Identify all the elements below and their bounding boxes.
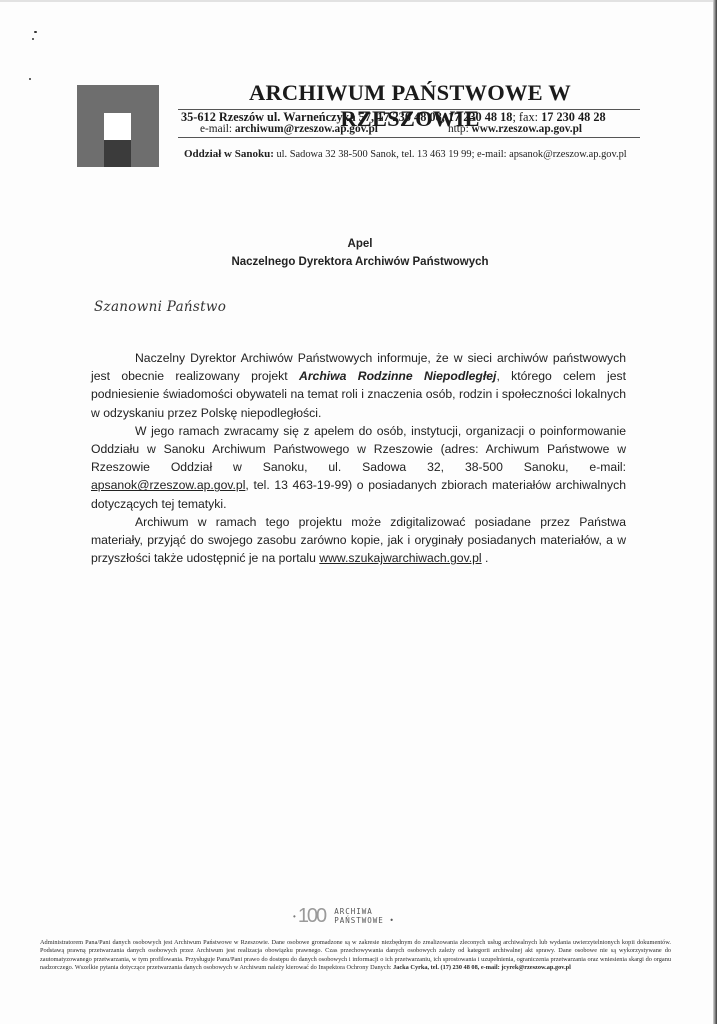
branch-label: Oddział w Sanoku: xyxy=(184,148,274,160)
logo-door xyxy=(104,140,131,167)
centenary-line-1: ARCHIWA xyxy=(334,907,395,916)
gdpr-notice: Administratorem Pana/Pani danych osobowy… xyxy=(40,939,671,972)
project-name: Archiwa Rodzinne Niepodległej xyxy=(299,369,496,383)
scan-speck xyxy=(29,78,31,80)
fax-number: 17 230 48 28 xyxy=(541,110,606,124)
header-divider xyxy=(178,137,640,138)
centenary-words: ARCHIWA PAŃSTWOWE • xyxy=(334,907,395,925)
website-block: http: www.rzeszow.ap.gov.pl xyxy=(448,123,582,135)
p3-text-end: . xyxy=(482,551,489,565)
paragraph-1: Naczelny Dyrektor Archiwów Państwowych i… xyxy=(91,349,626,422)
salutation: Szanowni Państwo xyxy=(94,299,226,315)
appeal-subtitle: Naczelnego Dyrektora Archiwów Państwowyc… xyxy=(180,256,540,268)
branch-line: Oddział w Sanoku: ul. Sadowa 32 38-500 S… xyxy=(184,148,627,160)
fax-label: ; fax: xyxy=(512,110,541,124)
email-label: e-mail: xyxy=(200,123,235,135)
logo-window xyxy=(104,113,131,140)
dot-icon: • xyxy=(293,912,296,921)
website-url: www.rzeszow.ap.gov.pl xyxy=(472,123,582,135)
scan-speck xyxy=(34,31,37,33)
gdpr-contact: Jacka Cyrka, tel. (17) 230 48 08, e-mail… xyxy=(393,964,571,971)
paragraph-2: W jego ramach zwracamy się z apelem do o… xyxy=(91,422,626,513)
scan-edge-right xyxy=(713,0,717,1024)
scan-edge-top xyxy=(0,0,717,2)
centenary-number: 100 xyxy=(298,905,325,928)
scan-speck xyxy=(32,38,34,40)
address-phones: 35-612 Rzeszów ul. Warneńczyka 57, 17 23… xyxy=(181,110,512,124)
p2-text: W jego ramach zwracamy się z apelem do o… xyxy=(91,424,626,474)
contact-line: e-mail: archiwum@rzeszow.ap.gov.pl http:… xyxy=(200,123,378,135)
email-address: archiwum@rzeszow.ap.gov.pl xyxy=(235,123,378,135)
branch-email-link[interactable]: apsanok@rzeszow.ap.gov.pl xyxy=(91,478,245,492)
appeal-title: Apel xyxy=(180,238,540,250)
letter-body: Naczelny Dyrektor Archiwów Państwowych i… xyxy=(91,349,626,567)
http-label: http: xyxy=(448,123,472,135)
paragraph-3: Archiwum w ramach tego projektu może zdi… xyxy=(91,513,626,568)
archive-logo-icon xyxy=(77,85,159,167)
branch-details: ul. Sadowa 32 38-500 Sanok, tel. 13 463 … xyxy=(274,149,627,160)
centenary-logo: • 100 ARCHIWA PAŃSTWOWE • xyxy=(293,905,395,927)
gdpr-text: Administratorem Pana/Pani danych osobowy… xyxy=(40,939,671,971)
centenary-line-2-text: PAŃSTWOWE xyxy=(334,916,384,925)
portal-link[interactable]: www.szukajwarchiwach.gov.pl xyxy=(319,551,481,565)
centenary-line-2: PAŃSTWOWE • xyxy=(334,916,395,925)
